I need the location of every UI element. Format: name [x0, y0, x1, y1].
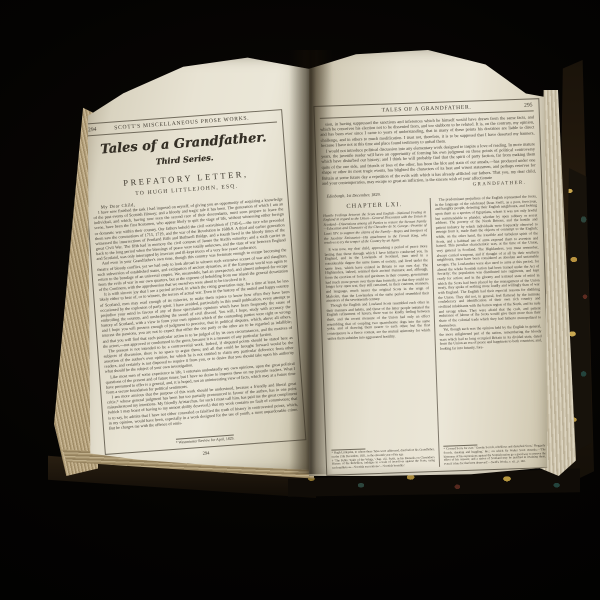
right-page-number: 295 — [524, 102, 533, 108]
left-column: CHAPTER LXI. Hostile Feelings between th… — [323, 198, 439, 471]
footnote: * 'Coward Scots for ever.' 'Greedy Scotc… — [443, 444, 546, 467]
column-paragraph: Yet, though such was the opinion held by… — [439, 324, 542, 351]
left-page: 294 SCOTT'S MISCELLANEOUS PROSE WORKS. T… — [82, 56, 312, 470]
column-paragraph: It was now, my dear child, approaching a… — [324, 244, 429, 303]
right-column: The predominant prejudices of the Englis… — [430, 194, 546, 467]
letter-body: My Dear Child, I have now finished the t… — [93, 191, 299, 431]
left-column-footnotes: * Hugh Littlejohn, to whom these Tales w… — [331, 444, 435, 471]
two-column-text: CHAPTER LXI. Hostile Feelings between th… — [323, 194, 546, 470]
chapter-argument: Hostile Feelings between the Scots and E… — [323, 210, 427, 245]
left-running-title: SCOTT'S MISCELLANEOUS PROSE WORKS. — [114, 115, 249, 131]
left-page-number: 294 — [88, 127, 97, 134]
right-page-frame: TALES OF A GRANDFATHER. 295 sion, in hav… — [313, 98, 552, 476]
chapter-title: CHAPTER LXI. — [323, 200, 426, 211]
right-page: TALES OF A GRANDFATHER. 295 sion, in hav… — [308, 50, 548, 476]
column-paragraph: The predominant prejudices of the Englis… — [435, 194, 541, 328]
right-column-footnotes: * 'Coward Scots for ever.' 'Greedy Scotc… — [443, 440, 546, 467]
book-photo-scene: 294 SCOTT'S MISCELLANEOUS PROSE WORKS. T… — [0, 0, 600, 600]
left-page-frame: 294 SCOTT'S MISCELLANEOUS PROSE WORKS. T… — [81, 109, 307, 455]
letter-conclusion: sion, in having suppressed the sanctions… — [320, 114, 536, 186]
footnote: † 'The Public Spirit of the Whigs,' chap… — [332, 456, 435, 471]
left-page-text-block: 294 SCOTT'S MISCELLANEOUS PROSE WORKS. T… — [81, 109, 308, 469]
letter-paragraph: I would not introduce political discussi… — [321, 141, 536, 186]
right-page-text-block: TALES OF A GRANDFATHER. 295 sion, in hav… — [313, 98, 552, 488]
right-running-title: TALES OF A GRANDFATHER. — [382, 105, 472, 114]
column-paragraph: Though the English and Lowland Scots res… — [326, 300, 430, 341]
